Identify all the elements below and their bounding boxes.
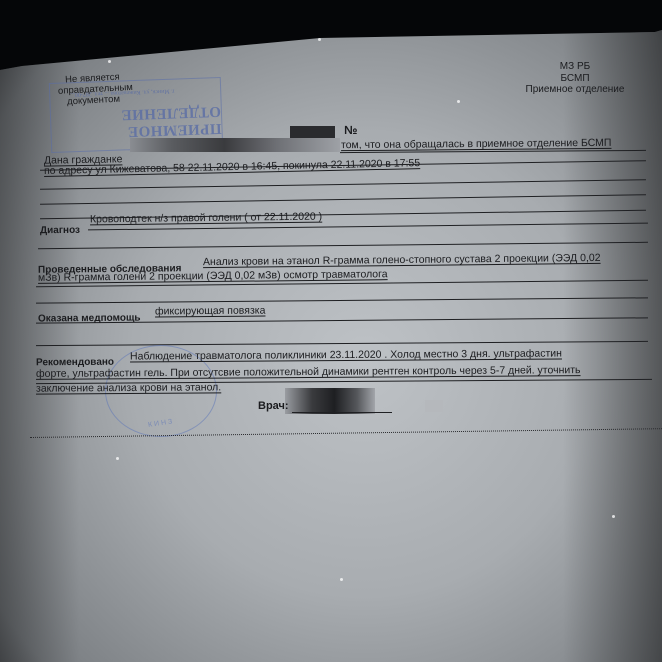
stamp-title: ПРИЕМНОЕ ОТДЕЛЕНИЕ (57, 102, 222, 142)
redacted-name (290, 126, 335, 138)
dust-speck (457, 100, 460, 103)
redacted-doctor-name (285, 388, 375, 414)
seal-text: КИНЗ (148, 418, 175, 429)
organization-header: МЗ РБ БСМП Приемное отделение (505, 61, 645, 96)
dust-speck (340, 578, 343, 581)
org-line: Приемное отделение (505, 84, 645, 96)
dust-speck (612, 515, 615, 518)
certificate-number-label: № (344, 123, 357, 137)
diagnosis-label: Диагноз (40, 225, 80, 236)
redacted-patient-name (130, 138, 340, 152)
redacted-doctor-name (425, 400, 443, 412)
dust-speck (108, 60, 111, 63)
dust-speck (318, 38, 321, 41)
signature-line (292, 412, 392, 413)
not-document-note: Не является оправдательным документом (57, 71, 129, 108)
doctor-label: Врач: (258, 400, 289, 412)
org-line: МЗ РБ (505, 61, 645, 73)
certificate-purpose: том, что она обращалась в приемное отдел… (341, 137, 612, 151)
org-line: БСМП (505, 73, 645, 85)
dust-speck (116, 457, 119, 460)
medical-help-value: фиксирующая повязка (155, 305, 266, 318)
